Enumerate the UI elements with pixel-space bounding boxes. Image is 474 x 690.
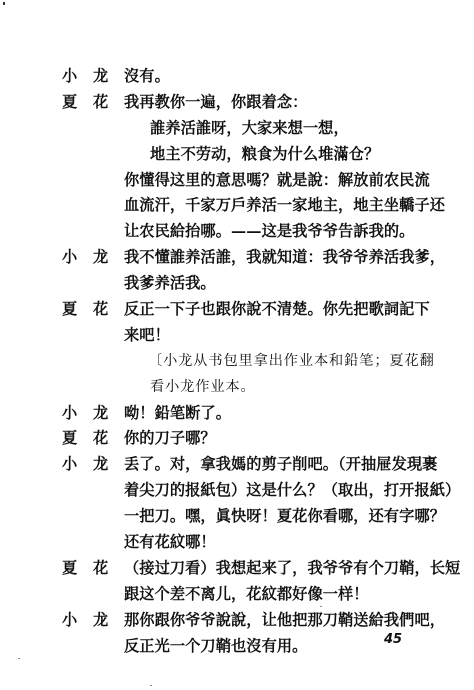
dialogue-line: 小龙 沒有。 xyxy=(62,64,422,90)
scan-speck xyxy=(3,2,5,5)
dialogue-line: 夏花 （接过刀看）我想起来了，我爷爷有个刀鞘，长短 xyxy=(62,556,422,582)
dialogue-text: 我爹养活我。 xyxy=(124,271,216,297)
dialogue-line: 小龙 我不懂誰养活誰，我就知道：我爷爷养活我爹， xyxy=(62,245,422,271)
dialogue-text: 我再教你一遍，你跟着念： xyxy=(124,90,307,116)
dialogue-line: 夏花 你的刀子哪？ xyxy=(62,426,422,452)
dialogue-line: 小龙 丢了。对，拿我媽的剪子削吧。（开抽屉发現裹 xyxy=(62,452,422,478)
dialogue-text: 血流汗，千家万戶养活一家地主，地主坐轎子还 xyxy=(124,193,445,219)
dialogue-text: 我不懂誰养活誰，我就知道：我爷爷养活我爹， xyxy=(124,245,445,271)
dialogue-text: 丢了。对，拿我媽的剪子削吧。（开抽屉发現裹 xyxy=(124,452,437,478)
continuation-line: 血流汗，千家万戶养活一家地主，地主坐轎子还 xyxy=(62,193,422,219)
continuation-line: 还有花紋哪！ xyxy=(62,530,422,556)
continuation-line: 你懂得这里的意思嗎？就是說：解放前农民流 xyxy=(62,168,422,194)
continuation-line: 来吧！ xyxy=(62,323,422,349)
lyric-line: 地主不劳动，粮食为什么堆滿仓？ xyxy=(62,142,422,168)
dialogue-line: 夏花 我再教你一遍，你跟着念： xyxy=(62,90,422,116)
dialogue-line: 夏花 反正一下子也跟你說不清楚。你先把歌詞記下 xyxy=(62,297,422,323)
stage-direction-text: 看小龙作业本。 xyxy=(150,375,256,401)
dialogue-text: 着尖刀的报紙包）这是什么？（取出，打开报紙） xyxy=(124,478,460,504)
scan-speck xyxy=(18,658,20,659)
dialogue-text: 一把刀。嘿，眞快呀！夏花你看哪，还有字哪？ xyxy=(124,504,445,530)
dialogue-text: 让农民給抬哪。——这是我爷爷告訴我的。 xyxy=(124,219,414,245)
dialogue-text: 那你跟你爷爷說說，让他把那刀鞘送給我們吧， xyxy=(124,608,445,634)
lyric-text: 地主不劳动，粮食为什么堆滿仓？ xyxy=(150,142,379,168)
stage-direction-text: 〔小龙从书包里拿出作业本和鉛笔；夏花翻 xyxy=(148,349,435,375)
continuation-line: 着尖刀的报紙包）这是什么？（取出，打开报紙） xyxy=(62,478,422,504)
dialogue-text: 沒有。 xyxy=(124,64,170,90)
continuation-line: 我爹养活我。 xyxy=(62,271,422,297)
play-script-body: 小龙 沒有。 夏花 我再教你一遍，你跟着念： 誰养活誰呀，大家来想一想， 地主不… xyxy=(62,64,422,659)
continuation-line: 反正光一个刀鞘也沒有用。 xyxy=(62,634,422,660)
dialogue-text: 呦！鉛笔断了。 xyxy=(124,401,231,427)
dialogue-text: 还有花紋哪！ xyxy=(124,530,216,556)
scan-speck xyxy=(320,606,322,607)
dialogue-text: 你的刀子哪？ xyxy=(124,426,216,452)
dialogue-line: 小龙 呦！鉛笔断了。 xyxy=(62,401,422,427)
lyric-line: 誰养活誰呀，大家来想一想， xyxy=(62,116,422,142)
stage-direction-line: 看小龙作业本。 xyxy=(62,375,422,401)
dialogue-text: 你懂得这里的意思嗎？就是說：解放前农民流 xyxy=(124,168,430,194)
continuation-line: 跟这个差不离儿，花紋都好像一样！ xyxy=(62,582,422,608)
page-number: 45 xyxy=(384,632,402,647)
continuation-line: 一把刀。嘿，眞快呀！夏花你看哪，还有字哪？ xyxy=(62,504,422,530)
dialogue-text: 反正一下子也跟你說不清楚。你先把歌詞記下 xyxy=(124,297,430,323)
continuation-line: 让农民給抬哪。——这是我爷爷告訴我的。 xyxy=(62,219,422,245)
dialogue-text: 跟这个差不离儿，花紋都好像一样！ xyxy=(124,582,369,608)
lyric-text: 誰养活誰呀，大家来想一想， xyxy=(150,116,349,142)
dialogue-text: 反正光一个刀鞘也沒有用。 xyxy=(124,634,307,660)
scan-speck xyxy=(150,685,152,686)
book-page: 小龙 沒有。 夏花 我再教你一遍，你跟着念： 誰养活誰呀，大家来想一想， 地主不… xyxy=(0,0,474,690)
dialogue-line: 小龙 那你跟你爷爷說說，让他把那刀鞘送給我們吧， xyxy=(62,608,422,634)
stage-direction-line: 〔小龙从书包里拿出作业本和鉛笔；夏花翻 xyxy=(62,349,422,375)
dialogue-text: （接过刀看）我想起来了，我爷爷有个刀鞘，长短 xyxy=(124,556,460,582)
dialogue-text: 来吧！ xyxy=(124,323,170,349)
